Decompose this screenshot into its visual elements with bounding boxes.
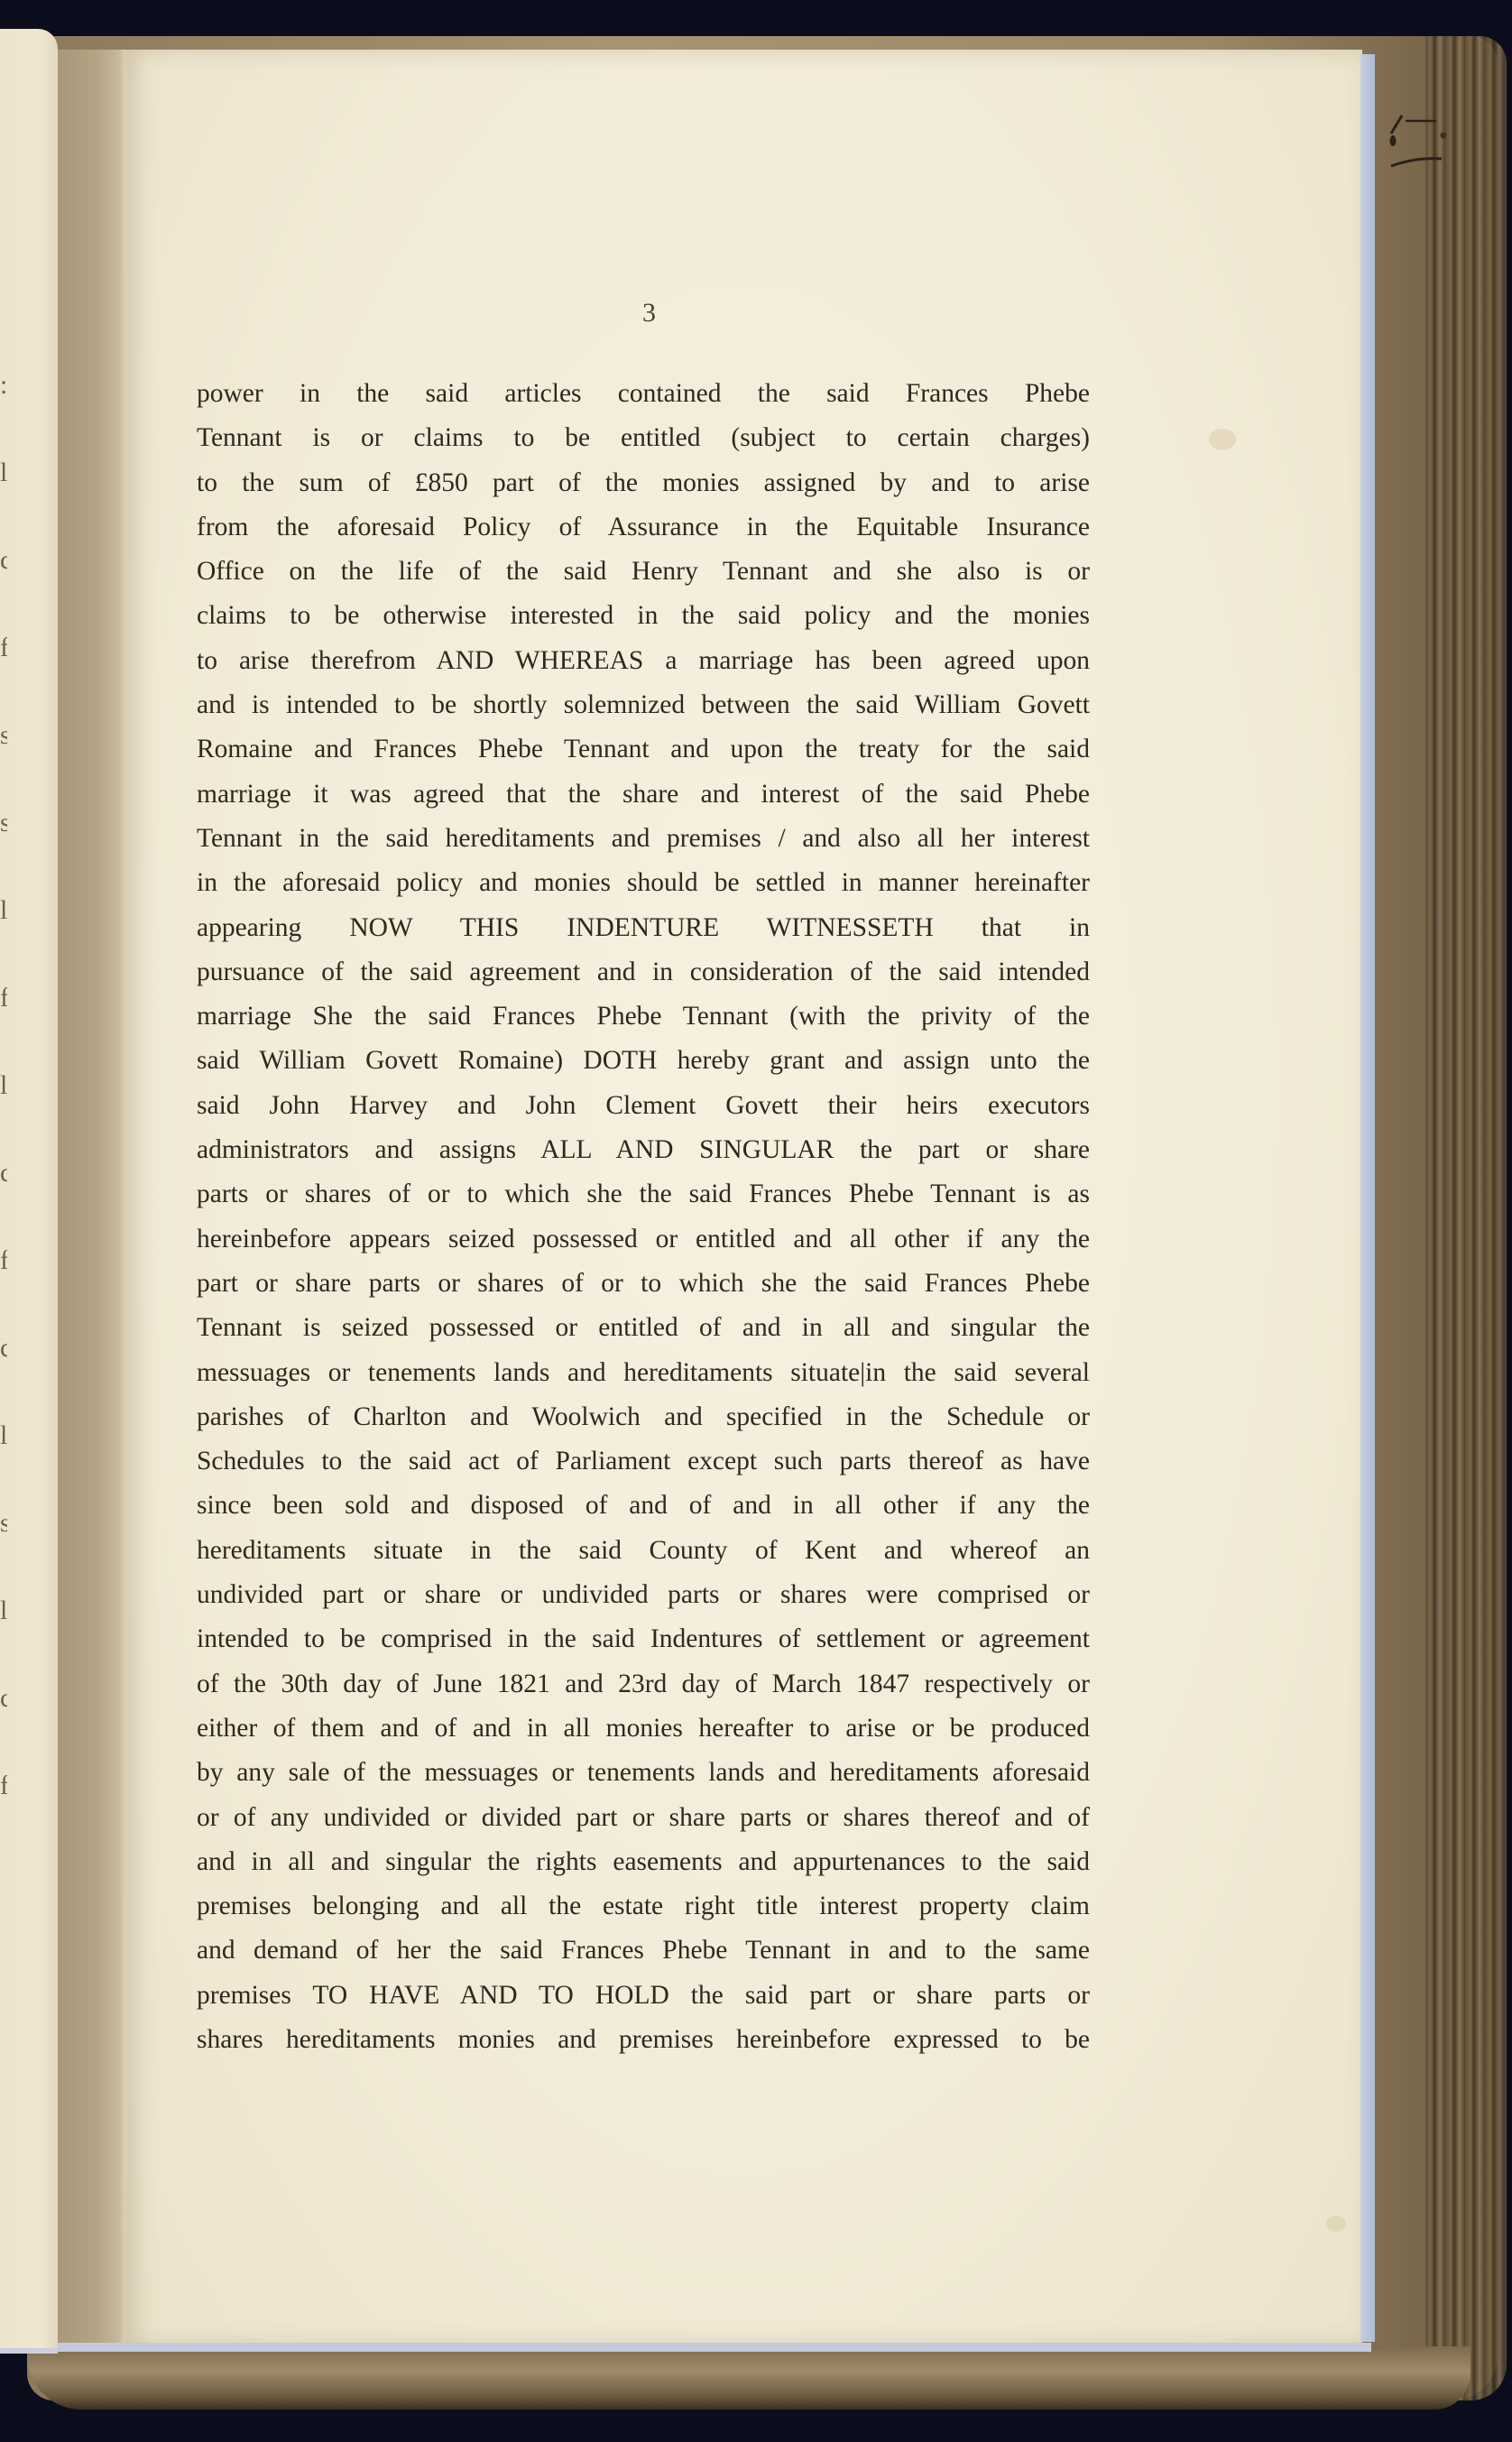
handwritten-page-mark <box>1389 108 1452 199</box>
text-line: parts or shares of or to which she the s… <box>197 1172 1090 1216</box>
text-line: said John Harvey and John Clement Govett… <box>197 1084 1090 1128</box>
text-line: to the sum of £850 part of the monies as… <box>197 461 1090 505</box>
text-line: parishes of Charlton and Woolwich and sp… <box>197 1395 1090 1439</box>
text-line: power in the said articles contained the… <box>197 372 1090 416</box>
facing-page-glyph: c <box>0 1160 7 1187</box>
facing-page-glyph: c <box>0 1335 7 1362</box>
paper-stain <box>1326 2215 1346 2232</box>
gutter-shadow <box>58 50 130 2346</box>
text-line: premises TO HAVE AND TO HOLD the said pa… <box>197 1974 1090 2018</box>
text-line: Office on the life of the said Henry Ten… <box>197 550 1090 594</box>
facing-page-glyph: f <box>0 1247 7 1274</box>
text-line: Tennant is or claims to be entitled (sub… <box>197 416 1090 460</box>
text-line: said William Govett Romaine) DOTH hereby… <box>197 1039 1090 1083</box>
text-line: pursuance of the said agreement and in c… <box>197 950 1090 994</box>
text-line: Tennant is seized possessed or entitled … <box>197 1306 1090 1350</box>
text-line: messuages or tenements lands and heredit… <box>197 1351 1090 1395</box>
text-line: Schedules to the said act of Parliament … <box>197 1439 1090 1484</box>
indenture-text: power in the said articles contained the… <box>197 372 1090 2062</box>
text-line: and in all and singular the rights easem… <box>197 1840 1090 1884</box>
facing-page-glyph: s <box>0 809 7 837</box>
page-number: 3 <box>632 298 668 328</box>
text-line: Romaine and Frances Phebe Tennant and up… <box>197 727 1090 772</box>
text-line: intended to be comprised in the said Ind… <box>197 1617 1090 1661</box>
facing-page-glyph: f <box>0 634 7 661</box>
facing-page-glyph: s <box>0 1510 7 1537</box>
facing-page-glyph: l <box>0 459 7 486</box>
text-line: either of them and of and in all monies … <box>197 1707 1090 1751</box>
facing-page-glyph: l <box>0 1422 7 1449</box>
book-board-bottom-edge <box>27 2346 1471 2410</box>
facing-page-glyph: l <box>0 897 7 924</box>
facing-page-glyph: f <box>0 985 7 1012</box>
text-line: marriage She the said Frances Phebe Tenn… <box>197 994 1090 1039</box>
facing-page-glyph: s <box>0 722 7 749</box>
facing-page-glyph: l <box>0 1597 7 1624</box>
text-line: administrators and assigns ALL AND SINGU… <box>197 1128 1090 1172</box>
paper-stain <box>1209 429 1236 450</box>
facing-page-glyph: c <box>0 547 7 574</box>
page-edge <box>1360 54 1375 2342</box>
page-bottom-edge <box>58 2343 1371 2352</box>
text-line: Tennant in the said hereditaments and pr… <box>197 817 1090 861</box>
text-line: in the aforesaid policy and monies shoul… <box>197 861 1090 905</box>
text-line: or of any undivided or divided part or s… <box>197 1796 1090 1840</box>
facing-page-glyph: c <box>0 1685 7 1712</box>
text-line: and demand of her the said Frances Phebe… <box>197 1929 1090 1973</box>
text-line: hereinbefore appears seized possessed or… <box>197 1217 1090 1262</box>
facing-page-glyph: : <box>0 372 7 399</box>
text-line: of the 30th day of June 1821 and 23rd da… <box>197 1662 1090 1707</box>
facing-page-glyph: l <box>0 1072 7 1099</box>
text-line: and is intended to be shortly solemnized… <box>197 683 1090 727</box>
text-line: since been sold and disposed of and of a… <box>197 1484 1090 1528</box>
text-line: from the aforesaid Policy of Assurance i… <box>197 505 1090 550</box>
text-line: appearing NOW THIS INDENTURE WITNESSETH … <box>197 906 1090 950</box>
text-line: shares hereditaments monies and premises… <box>197 2018 1090 2062</box>
text-line: to arise therefrom AND WHEREAS a marriag… <box>197 639 1090 683</box>
text-line: hereditaments situate in the said County… <box>197 1529 1090 1573</box>
facing-page-fragment: :lcfsslflcfclslcf <box>0 29 58 2354</box>
text-line: part or share parts or shares of or to w… <box>197 1262 1090 1306</box>
text-line: marriage it was agreed that the share an… <box>197 772 1090 817</box>
facing-page-glyph: f <box>0 1772 7 1799</box>
text-line: claims to be otherwise interested in the… <box>197 594 1090 638</box>
text-line: premises belonging and all the estate ri… <box>197 1884 1090 1929</box>
text-line: by any sale of the messuages or tenement… <box>197 1751 1090 1795</box>
text-line: undivided part or share or undivided par… <box>197 1573 1090 1617</box>
book-board-frayed-edge <box>1425 36 1507 2400</box>
